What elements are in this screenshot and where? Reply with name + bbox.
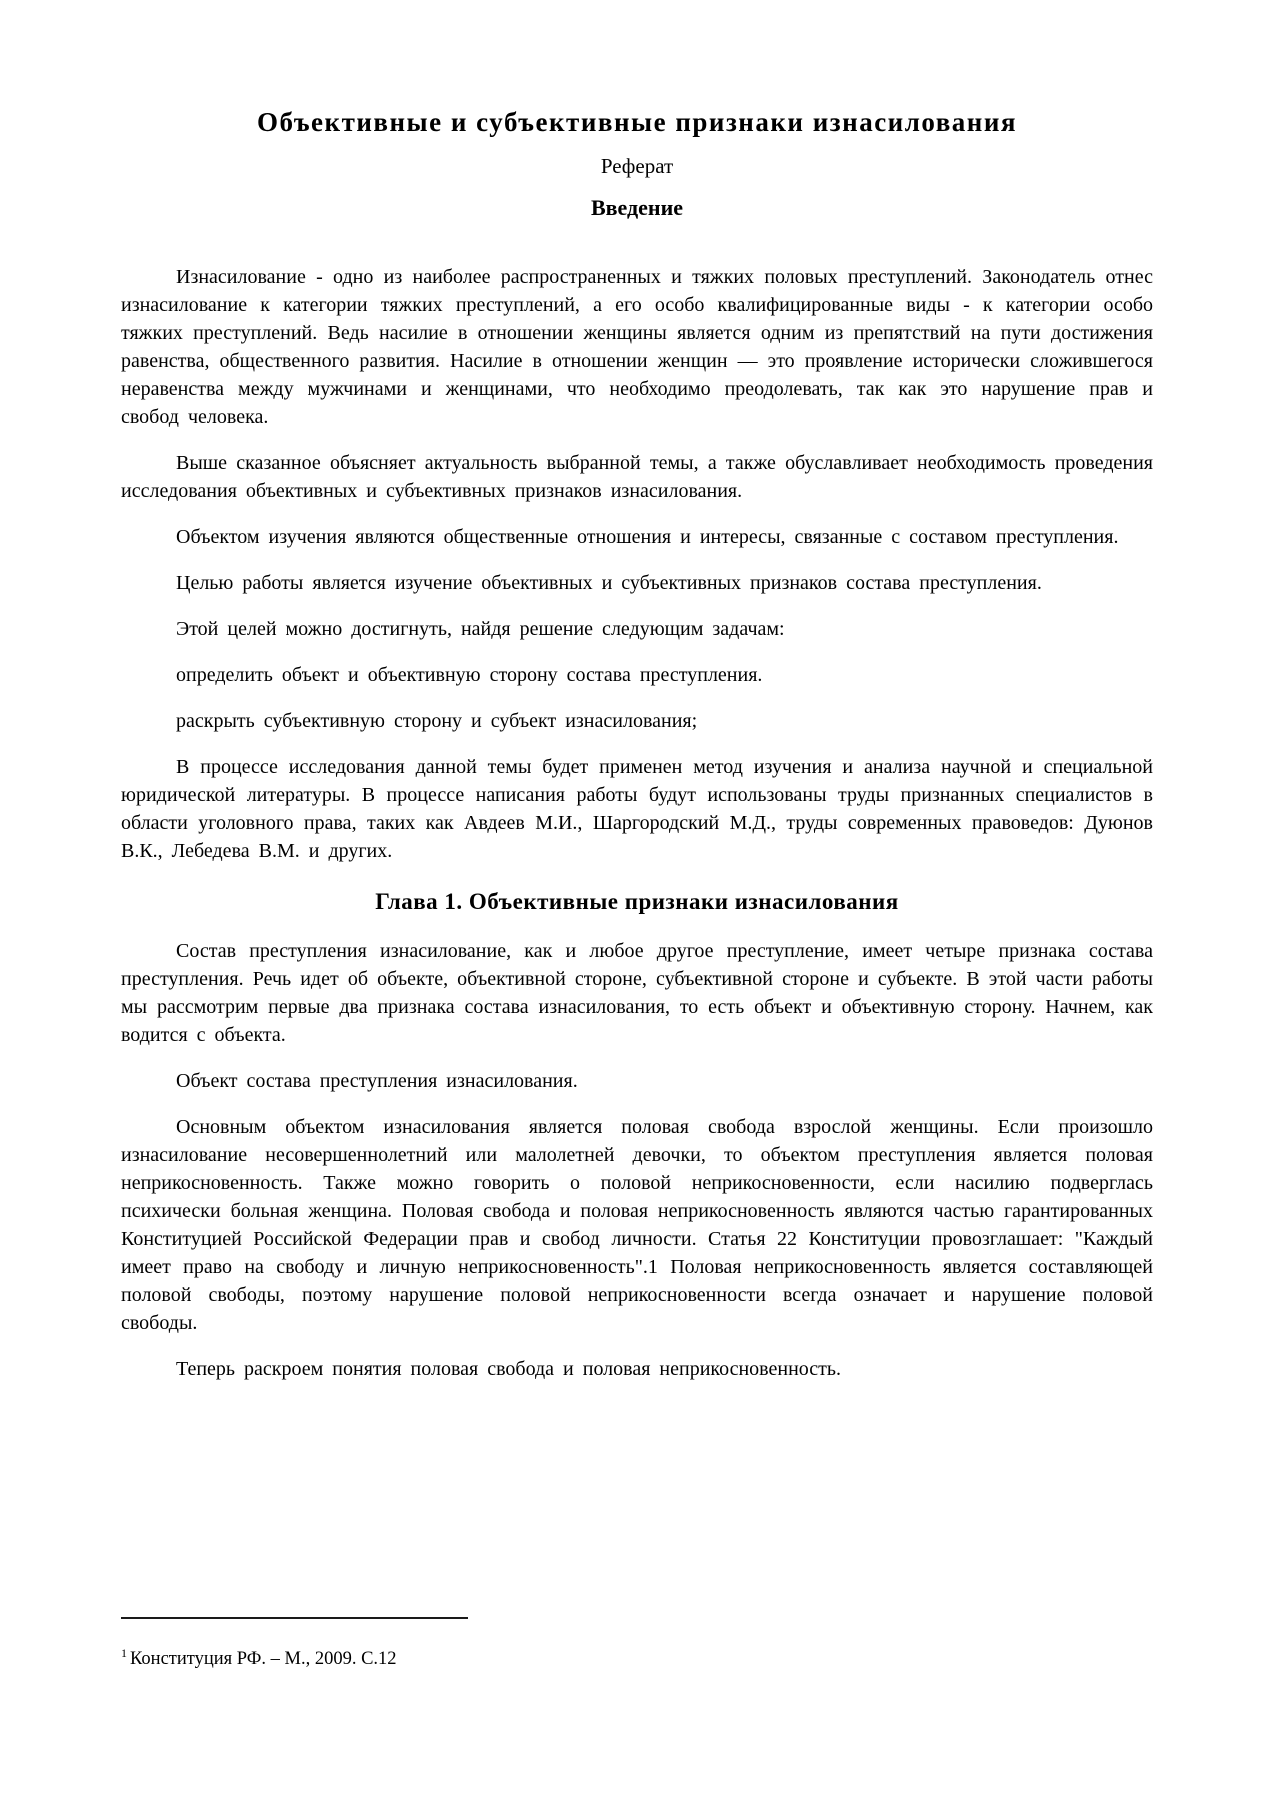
paragraph: Этой целей можно достигнуть, найдя решен… (121, 615, 1153, 643)
paragraph: Целью работы является изучение объективн… (121, 569, 1153, 597)
paragraph: раскрыть субъективную сторону и субъект … (121, 707, 1153, 735)
paragraph: Изнасилование - одно из наиболее распрос… (121, 263, 1153, 431)
paragraph: В процессе исследования данной темы буде… (121, 753, 1153, 865)
paragraph: Состав преступления изнасилование, как и… (121, 937, 1153, 1049)
paragraph: Объект состава преступления изнасиловани… (121, 1067, 1153, 1095)
document-subtitle: Реферат (121, 151, 1153, 181)
document-title: Объективные и субъективные признаки изна… (121, 103, 1153, 141)
introduction-paragraphs: Изнасилование - одно из наиболее распрос… (121, 263, 1153, 865)
introduction-heading: Введение (121, 193, 1153, 223)
chapter-1-heading: Глава 1. Объективные признаки изнасилова… (121, 885, 1153, 919)
footnote-area: 1Конституция РФ. – М., 2009. С.12 (121, 1617, 1153, 1671)
footnote-marker: 1 (121, 1646, 127, 1660)
paragraph: Основным объектом изнасилования является… (121, 1113, 1153, 1337)
footnote-text: 1Конституция РФ. – М., 2009. С.12 (121, 1641, 1153, 1671)
document-page: Объективные и субъективные признаки изна… (0, 0, 1280, 1811)
chapter-1-block: Глава 1. Объективные признаки изнасилова… (121, 885, 1153, 1383)
paragraph: Теперь раскроем понятия половая свобода … (121, 1355, 1153, 1383)
paragraph: Выше сказанное объясняет актуальность вы… (121, 449, 1153, 505)
footnote-citation: Конституция РФ. – М., 2009. С.12 (130, 1649, 397, 1669)
footnote-separator-rule (121, 1617, 468, 1619)
paragraph: Объектом изучения являются общественные … (121, 523, 1153, 551)
chapter-1-paragraphs: Состав преступления изнасилование, как и… (121, 937, 1153, 1383)
paragraph: определить объект и объективную сторону … (121, 661, 1153, 689)
